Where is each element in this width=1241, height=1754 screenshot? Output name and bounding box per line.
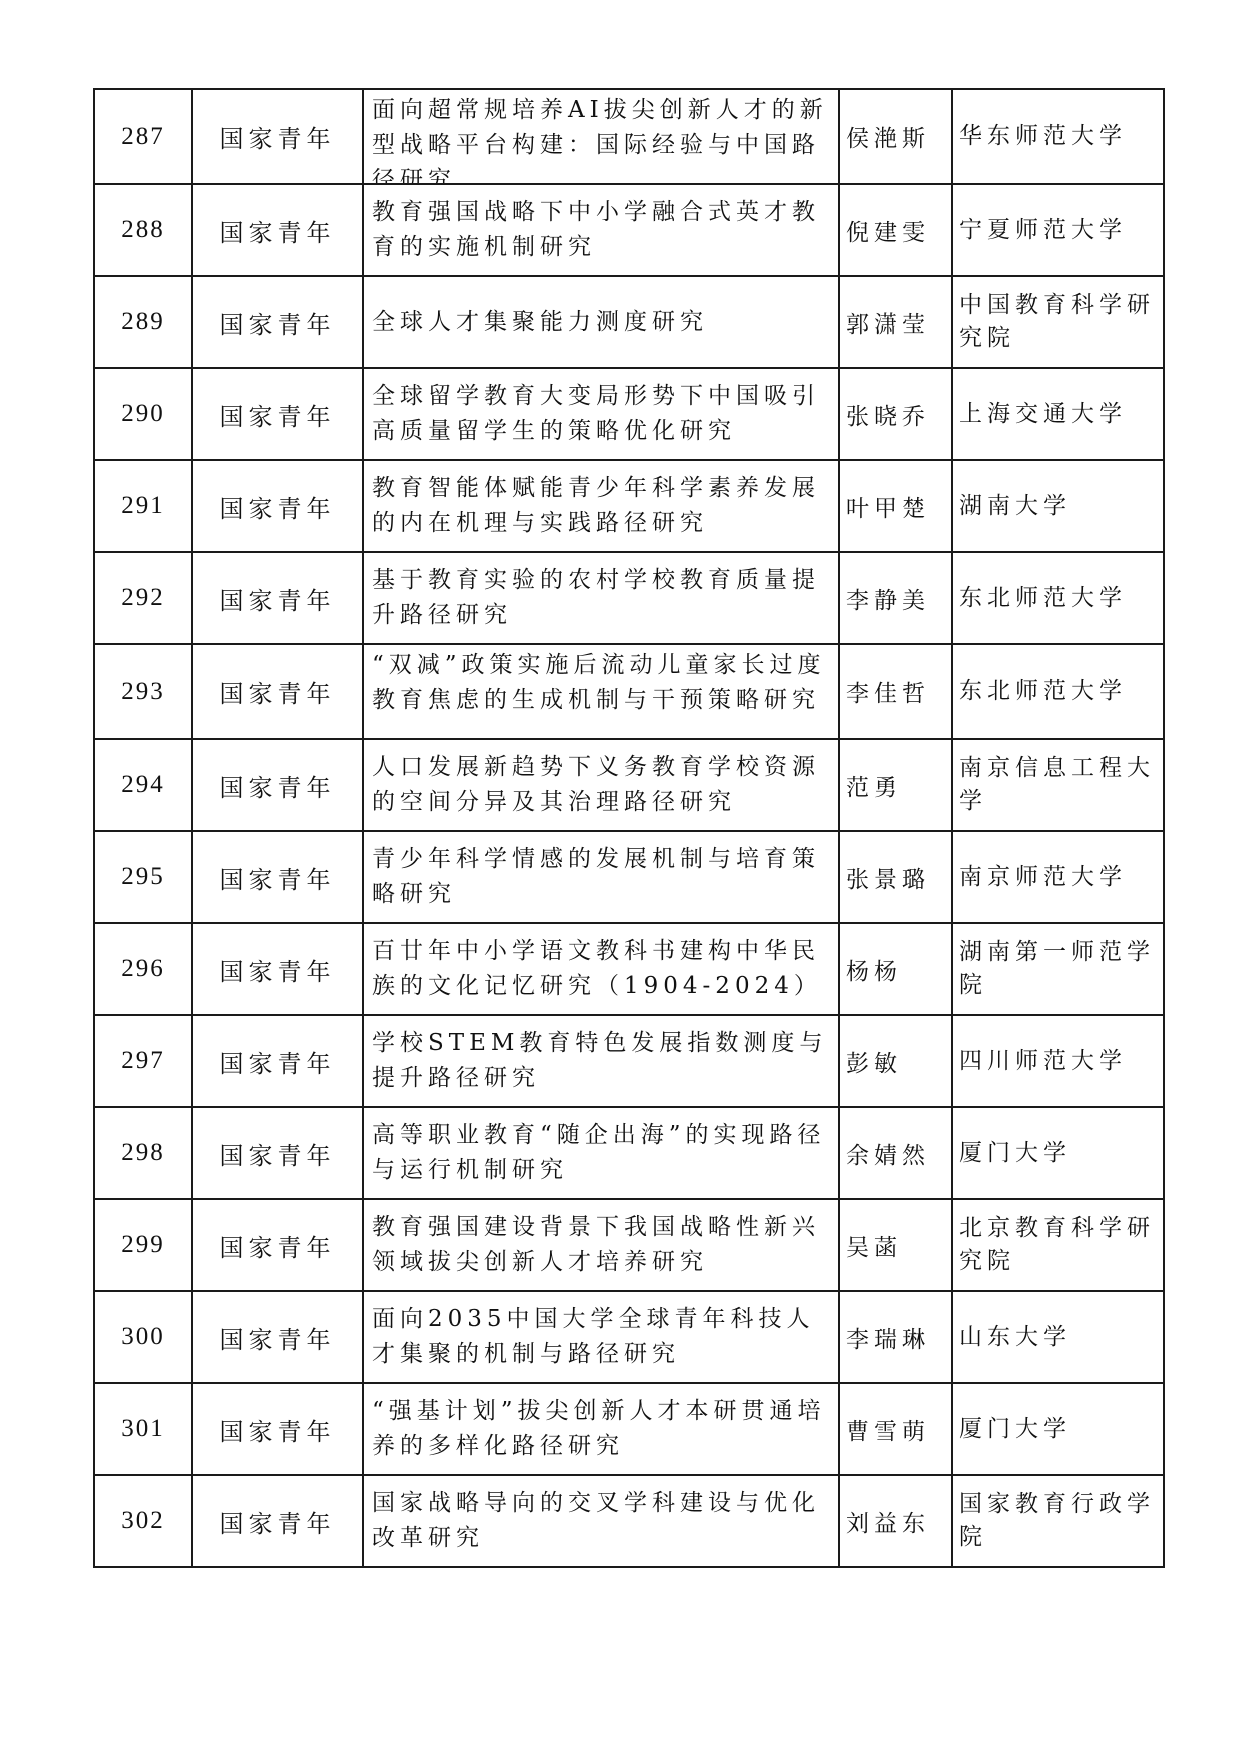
cell-number: 294 [94,739,192,831]
project-title: 百廿年中小学语文教科书建构中华民族的文化记忆研究（1904-2024） [364,924,838,1014]
project-leader: 侯滟斯 [840,92,951,182]
table-row: 301 国家青年 “强基计划”拔尖创新人才本研贯通培养的多样化路径研究 曹雪萌 … [94,1383,1164,1475]
table-body: 287 国家青年 面向超常规培养AI拔尖创新人才的新型战略平台构建：国际经验与中… [94,89,1164,1567]
project-number: 297 [95,1016,191,1106]
project-institution: 宁夏师范大学 [953,185,1163,275]
project-number: 295 [95,832,191,922]
table-row: 293 国家青年 “双减”政策实施后流动儿童家长过度教育焦虑的生成机制与干预策略… [94,644,1164,739]
cell-number: 295 [94,831,192,923]
cell-category: 国家青年 [192,923,363,1015]
project-institution: 国家教育行政学院 [953,1476,1163,1566]
project-category: 国家青年 [193,1384,362,1474]
cell-institution: 山东大学 [952,1291,1164,1383]
table-row: 300 国家青年 面向2035中国大学全球青年科技人才集聚的机制与路径研究 李瑞… [94,1291,1164,1383]
project-category: 国家青年 [193,1292,362,1382]
project-category: 国家青年 [193,369,362,459]
project-leader: 郭潇莹 [840,277,951,367]
project-institution: 东北师范大学 [953,647,1163,737]
cell-leader: 余婧然 [839,1107,952,1199]
cell-title: 百廿年中小学语文教科书建构中华民族的文化记忆研究（1904-2024） [363,923,839,1015]
cell-number: 296 [94,923,192,1015]
cell-institution: 四川师范大学 [952,1015,1164,1107]
cell-title: 学校STEM教育特色发展指数测度与提升路径研究 [363,1015,839,1107]
project-title: 教育强国战略下中小学融合式英才教育的实施机制研究 [364,185,838,275]
project-category: 国家青年 [193,185,362,275]
cell-institution: 华东师范大学 [952,89,1164,184]
table-row: 302 国家青年 国家战略导向的交叉学科建设与优化改革研究 刘益东 国家教育行政… [94,1475,1164,1567]
table-row: 295 国家青年 青少年科学情感的发展机制与培育策略研究 张景璐 南京师范大学 [94,831,1164,923]
project-leader: 李佳哲 [840,647,951,737]
cell-number: 291 [94,460,192,552]
project-title: 教育智能体赋能青少年科学素养发展的内在机理与实践路径研究 [364,461,838,551]
project-category: 国家青年 [193,1200,362,1290]
cell-category: 国家青年 [192,1199,363,1291]
cell-number: 289 [94,276,192,368]
project-leader: 张景璐 [840,832,951,922]
cell-category: 国家青年 [192,368,363,460]
project-title: 教育强国建设背景下我国战略性新兴领域拔尖创新人才培养研究 [364,1200,838,1290]
project-leader: 杨杨 [840,924,951,1014]
cell-title: 基于教育实验的农村学校教育质量提升路径研究 [363,552,839,644]
cell-institution: 宁夏师范大学 [952,184,1164,276]
cell-institution: 厦门大学 [952,1107,1164,1199]
cell-leader: 范勇 [839,739,952,831]
project-title: 高等职业教育“随企出海”的实现路径与运行机制研究 [364,1108,838,1198]
project-title: 面向超常规培养AI拔尖创新人才的新型战略平台构建：国际经验与中国路径研究 [364,90,838,183]
cell-leader: 吴菡 [839,1199,952,1291]
project-institution: 厦门大学 [953,1384,1163,1474]
project-category: 国家青年 [193,1108,362,1198]
project-category: 国家青年 [193,92,362,182]
cell-category: 国家青年 [192,460,363,552]
project-institution: 南京师范大学 [953,832,1163,922]
cell-institution: 湖南大学 [952,460,1164,552]
project-title: 青少年科学情感的发展机制与培育策略研究 [364,832,838,922]
cell-leader: 李瑞琳 [839,1291,952,1383]
cell-category: 国家青年 [192,739,363,831]
cell-category: 国家青年 [192,831,363,923]
cell-number: 301 [94,1383,192,1475]
table-row: 294 国家青年 人口发展新趋势下义务教育学校资源的空间分异及其治理路径研究 范… [94,739,1164,831]
cell-number: 297 [94,1015,192,1107]
cell-leader: 李静美 [839,552,952,644]
project-leader: 倪建雯 [840,185,951,275]
project-number: 290 [95,369,191,459]
cell-title: 国家战略导向的交叉学科建设与优化改革研究 [363,1475,839,1567]
table-row: 292 国家青年 基于教育实验的农村学校教育质量提升路径研究 李静美 东北师范大… [94,552,1164,644]
project-category: 国家青年 [193,277,362,367]
cell-category: 国家青年 [192,89,363,184]
project-title: 国家战略导向的交叉学科建设与优化改革研究 [364,1476,838,1566]
cell-title: “双减”政策实施后流动儿童家长过度教育焦虑的生成机制与干预策略研究 [363,644,839,739]
cell-category: 国家青年 [192,1475,363,1567]
project-institution: 南京信息工程大学 [953,740,1163,830]
project-category: 国家青年 [193,740,362,830]
cell-leader: 张景璐 [839,831,952,923]
table-row: 299 国家青年 教育强国建设背景下我国战略性新兴领域拔尖创新人才培养研究 吴菡… [94,1199,1164,1291]
cell-institution: 中国教育科学研究院 [952,276,1164,368]
cell-title: 面向2035中国大学全球青年科技人才集聚的机制与路径研究 [363,1291,839,1383]
cell-leader: 倪建雯 [839,184,952,276]
project-number: 302 [95,1476,191,1566]
project-category: 国家青年 [193,832,362,922]
project-leader: 刘益东 [840,1476,951,1566]
cell-number: 288 [94,184,192,276]
cell-number: 287 [94,89,192,184]
project-institution: 华东师范大学 [953,92,1163,182]
cell-category: 国家青年 [192,1015,363,1107]
project-title: 全球人才集聚能力测度研究 [364,277,838,367]
project-leader: 彭敏 [840,1016,951,1106]
cell-institution: 东北师范大学 [952,552,1164,644]
project-title: 基于教育实验的农村学校教育质量提升路径研究 [364,553,838,643]
project-category: 国家青年 [193,1016,362,1106]
project-institution: 湖南第一师范学院 [953,924,1163,1014]
table-row: 289 国家青年 全球人才集聚能力测度研究 郭潇莹 中国教育科学研究院 [94,276,1164,368]
project-leader: 曹雪萌 [840,1384,951,1474]
cell-title: 面向超常规培养AI拔尖创新人才的新型战略平台构建：国际经验与中国路径研究 [363,89,839,184]
project-title: 学校STEM教育特色发展指数测度与提升路径研究 [364,1016,838,1106]
project-title: “双减”政策实施后流动儿童家长过度教育焦虑的生成机制与干预策略研究 [364,645,838,738]
project-leader: 李静美 [840,553,951,643]
project-number: 299 [95,1200,191,1290]
project-category: 国家青年 [193,647,362,737]
table-row: 288 国家青年 教育强国战略下中小学融合式英才教育的实施机制研究 倪建雯 宁夏… [94,184,1164,276]
project-institution: 厦门大学 [953,1108,1163,1198]
project-number: 288 [95,185,191,275]
cell-institution: 东北师范大学 [952,644,1164,739]
project-number: 292 [95,553,191,643]
project-number: 300 [95,1292,191,1382]
table-row: 298 国家青年 高等职业教育“随企出海”的实现路径与运行机制研究 余婧然 厦门… [94,1107,1164,1199]
project-institution: 中国教育科学研究院 [953,277,1163,367]
cell-title: “强基计划”拔尖创新人才本研贯通培养的多样化路径研究 [363,1383,839,1475]
project-number: 296 [95,924,191,1014]
project-leader: 李瑞琳 [840,1292,951,1382]
cell-leader: 杨杨 [839,923,952,1015]
cell-category: 国家青年 [192,552,363,644]
project-number: 301 [95,1384,191,1474]
project-number: 291 [95,461,191,551]
cell-title: 教育强国战略下中小学融合式英才教育的实施机制研究 [363,184,839,276]
cell-number: 292 [94,552,192,644]
cell-category: 国家青年 [192,1107,363,1199]
cell-title: 高等职业教育“随企出海”的实现路径与运行机制研究 [363,1107,839,1199]
project-leader: 叶甲楚 [840,461,951,551]
project-number: 294 [95,740,191,830]
table-row: 287 国家青年 面向超常规培养AI拔尖创新人才的新型战略平台构建：国际经验与中… [94,89,1164,184]
cell-institution: 湖南第一师范学院 [952,923,1164,1015]
cell-number: 298 [94,1107,192,1199]
cell-number: 290 [94,368,192,460]
cell-title: 人口发展新趋势下义务教育学校资源的空间分异及其治理路径研究 [363,739,839,831]
cell-title: 全球留学教育大变局形势下中国吸引高质量留学生的策略优化研究 [363,368,839,460]
project-leader: 张晓乔 [840,369,951,459]
project-title: “强基计划”拔尖创新人才本研贯通培养的多样化路径研究 [364,1384,838,1474]
table-row: 291 国家青年 教育智能体赋能青少年科学素养发展的内在机理与实践路径研究 叶甲… [94,460,1164,552]
cell-category: 国家青年 [192,644,363,739]
cell-category: 国家青年 [192,1291,363,1383]
cell-leader: 侯滟斯 [839,89,952,184]
project-number: 298 [95,1108,191,1198]
cell-category: 国家青年 [192,276,363,368]
cell-title: 全球人才集聚能力测度研究 [363,276,839,368]
cell-institution: 南京信息工程大学 [952,739,1164,831]
project-title: 人口发展新趋势下义务教育学校资源的空间分异及其治理路径研究 [364,740,838,830]
cell-title: 教育强国建设背景下我国战略性新兴领域拔尖创新人才培养研究 [363,1199,839,1291]
cell-institution: 北京教育科学研究院 [952,1199,1164,1291]
project-number: 289 [95,277,191,367]
project-list-table: 287 国家青年 面向超常规培养AI拔尖创新人才的新型战略平台构建：国际经验与中… [93,88,1165,1568]
project-institution: 上海交通大学 [953,369,1163,459]
cell-category: 国家青年 [192,1383,363,1475]
cell-leader: 郭潇莹 [839,276,952,368]
cell-institution: 南京师范大学 [952,831,1164,923]
project-institution: 北京教育科学研究院 [953,1200,1163,1290]
cell-number: 302 [94,1475,192,1567]
cell-number: 299 [94,1199,192,1291]
project-leader: 范勇 [840,740,951,830]
cell-leader: 曹雪萌 [839,1383,952,1475]
cell-title: 教育智能体赋能青少年科学素养发展的内在机理与实践路径研究 [363,460,839,552]
project-category: 国家青年 [193,553,362,643]
cell-leader: 彭敏 [839,1015,952,1107]
cell-institution: 国家教育行政学院 [952,1475,1164,1567]
project-institution: 四川师范大学 [953,1016,1163,1106]
project-institution: 山东大学 [953,1292,1163,1382]
project-number: 287 [95,92,191,182]
table-row: 297 国家青年 学校STEM教育特色发展指数测度与提升路径研究 彭敏 四川师范… [94,1015,1164,1107]
project-institution: 湖南大学 [953,461,1163,551]
project-category: 国家青年 [193,924,362,1014]
project-leader: 余婧然 [840,1108,951,1198]
cell-number: 293 [94,644,192,739]
project-leader: 吴菡 [840,1200,951,1290]
cell-leader: 张晓乔 [839,368,952,460]
project-category: 国家青年 [193,461,362,551]
cell-leader: 李佳哲 [839,644,952,739]
project-title: 面向2035中国大学全球青年科技人才集聚的机制与路径研究 [364,1292,838,1382]
cell-number: 300 [94,1291,192,1383]
cell-leader: 叶甲楚 [839,460,952,552]
project-number: 293 [95,647,191,737]
project-institution: 东北师范大学 [953,553,1163,643]
cell-institution: 厦门大学 [952,1383,1164,1475]
project-title: 全球留学教育大变局形势下中国吸引高质量留学生的策略优化研究 [364,369,838,459]
cell-title: 青少年科学情感的发展机制与培育策略研究 [363,831,839,923]
table-row: 296 国家青年 百廿年中小学语文教科书建构中华民族的文化记忆研究（1904-2… [94,923,1164,1015]
project-category: 国家青年 [193,1476,362,1566]
cell-category: 国家青年 [192,184,363,276]
table-row: 290 国家青年 全球留学教育大变局形势下中国吸引高质量留学生的策略优化研究 张… [94,368,1164,460]
cell-leader: 刘益东 [839,1475,952,1567]
cell-institution: 上海交通大学 [952,368,1164,460]
